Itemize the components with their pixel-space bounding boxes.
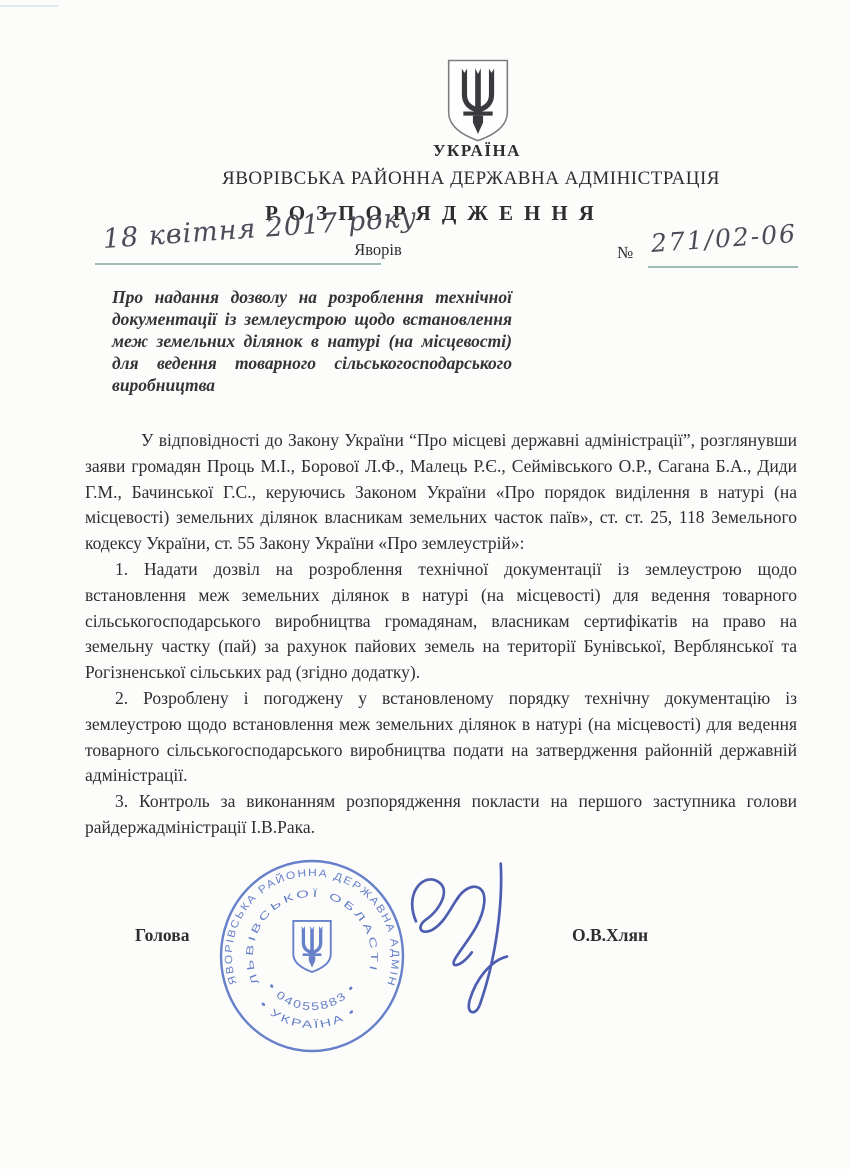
number-sign: №	[617, 243, 633, 263]
stamp-code-text: • 04055883 •	[265, 981, 359, 1013]
order-item-2: 2. Розроблену і погоджену у встановленом…	[85, 686, 797, 789]
official-stamp-seal-icon: ЯВОРІВСЬКА РАЙОННА ДЕРЖАВНА АДМІНІСТРАЦІ…	[218, 858, 406, 1054]
signer-title: Голова	[135, 925, 189, 946]
scanned-document-page: УКРАЇНА ЯВОРІВСЬКА РАЙОННА ДЕРЖАВНА АДМІ…	[0, 0, 850, 1169]
number-underline	[648, 266, 798, 268]
signature-ink-icon	[385, 856, 540, 1024]
order-item-1: 1. Надати дозвіл на розроблення технічно…	[85, 557, 797, 686]
scan-artifact-line	[0, 5, 58, 7]
signer-name: О.В.Хлян	[572, 925, 648, 946]
place-name: Яворів	[338, 240, 418, 260]
subject-paragraph: Про надання дозволу на розроблення техні…	[112, 286, 512, 396]
order-item-3: 3. Контроль за виконанням розпорядження …	[85, 789, 797, 841]
coat-of-arms-trident-icon	[441, 56, 515, 144]
stamp-trident-icon	[293, 921, 330, 972]
date-underline	[95, 263, 381, 265]
svg-text:• 04055883 •: • 04055883 •	[265, 981, 359, 1013]
country-title: УКРАЇНА	[52, 141, 850, 161]
intro-paragraph: У відповідності до Закону України “Про м…	[85, 428, 797, 557]
authority-name: ЯВОРІВСЬКА РАЙОННА ДЕРЖАВНА АДМІНІСТРАЦІ…	[46, 168, 850, 190]
document-body: У відповідності до Закону України “Про м…	[85, 428, 797, 841]
